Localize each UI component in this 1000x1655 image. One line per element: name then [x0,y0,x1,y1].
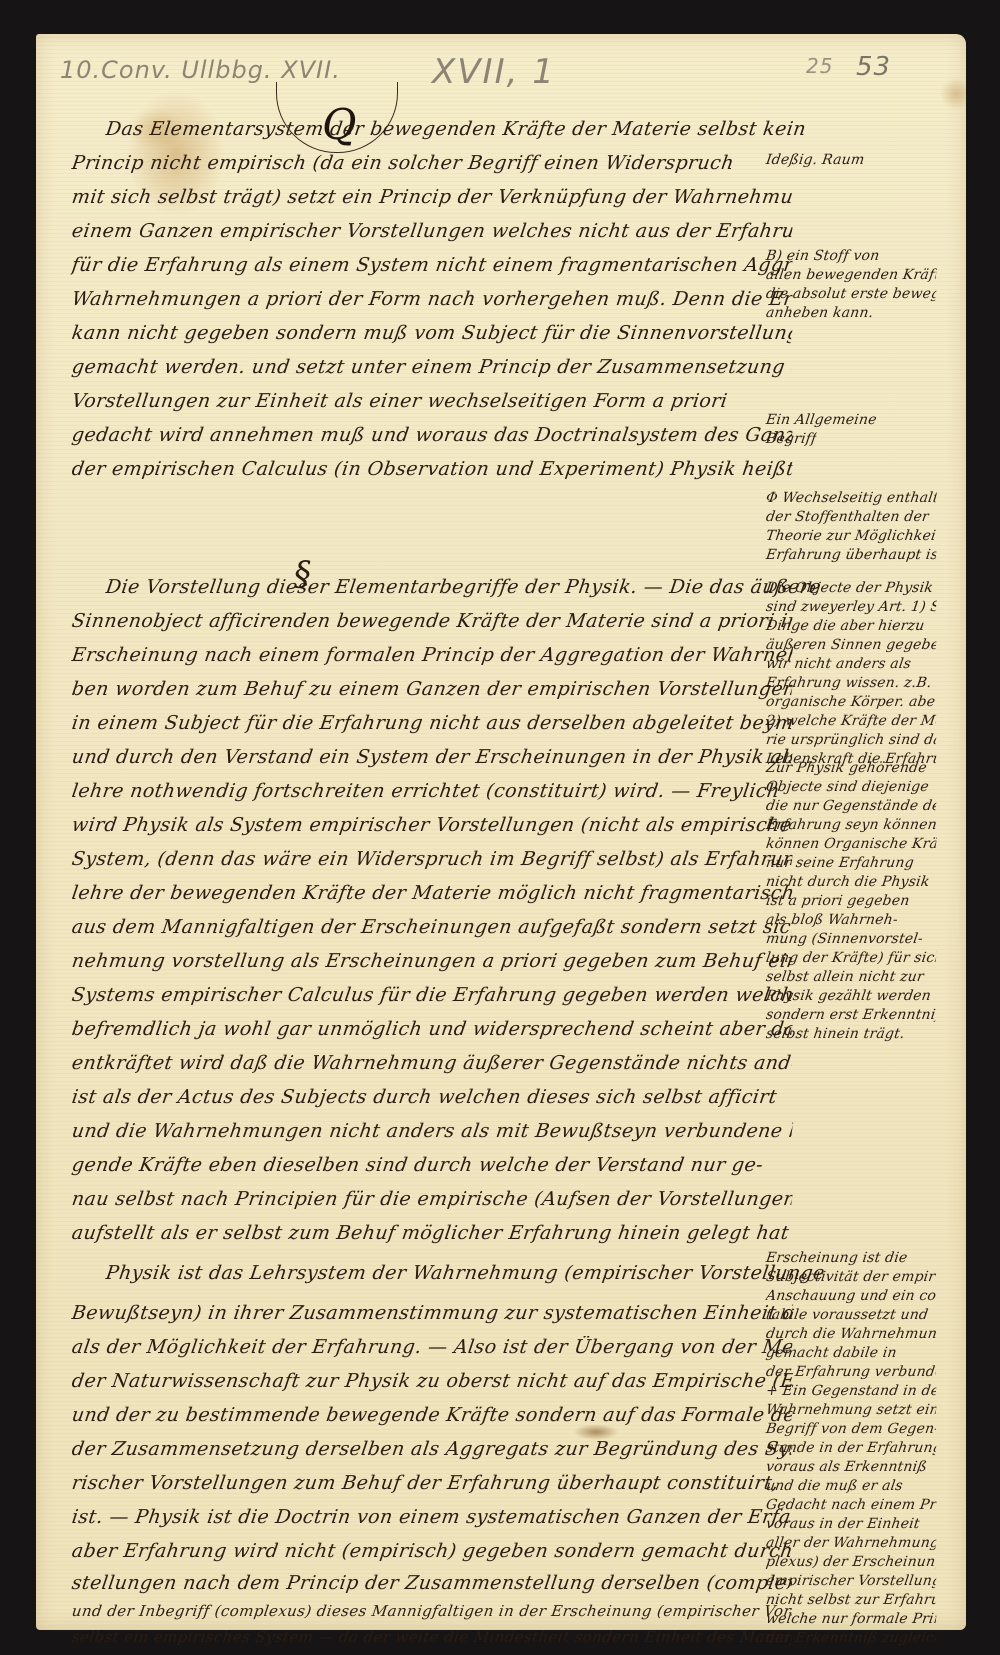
margin-note-line: als bloß Wahrneh- [765,912,899,928]
margin-note-line: Objecte sind diejenige [765,779,930,795]
margin-note-line: wir nicht anders als [765,656,912,672]
margin-note-line: mung (Sinnenvorstel- [765,931,924,947]
margin-note-line: selbst hinein trägt. [765,1026,906,1042]
margin-note-line: allen bewegenden Kräften [765,267,937,283]
margin-note-line: organische Körper. aber [765,694,937,710]
manuscript-line: Vorstellungen zur Einheit als einer wech… [70,390,728,412]
manuscript-line: gemacht werden. und setzt unter einem Pr… [70,356,793,378]
manuscript-line: als der Möglichkeit der Erfahrung. — Als… [70,1336,793,1358]
manuscript-line: kann nicht gegeben sondern muß vom Subje… [70,322,793,344]
manuscript-line: Princip nicht empirisch (da ein solcher … [70,152,735,174]
manuscript-line: aus dem Mannigfaltigen der Erscheinungen… [70,916,793,938]
margin-note-line: + Ein Gegenstand in der [765,1383,937,1399]
margin-note-line: 2) welche Kräfte der Mate- [765,713,937,729]
margin-note-line: aller der Wahrnehmung (com- [765,1535,937,1551]
manuscript-line: in einem Subject für die Erfahrung nicht… [70,712,793,734]
margin-note-line: Begriff von dem Gegen- [765,1421,937,1437]
margin-note-line: sondern erst Erkenntniß [765,1007,937,1023]
manuscript-line: stellungen nach dem Princip der Zusammen… [70,1572,793,1594]
manuscript-line: Das Elementarsystem der bewegenden Kräft… [104,118,807,140]
margin-note-line: Erfahrung überhaupt ist — Φ [765,547,937,563]
margin-note-line: welche nur formale Princip [765,1611,937,1627]
manuscript-line: ben worden zum Behuf zu einem Ganzen der… [70,678,793,700]
margin-note-line: Φ Wechselseitig enthalten [765,490,937,506]
margin-note-line: plexus) der Erscheinungen [765,1554,937,1570]
manuscript-line: rischer Vorstellungen zum Behuf der Erfa… [70,1472,780,1494]
margin-note-line: Wahrnehmung setzt einen [765,1402,937,1418]
manuscript-line: nehmung vorstellung als Erscheinungen a … [70,950,793,972]
margin-note-line: können Organische Kräfte [765,836,937,852]
manuscript-line: der empirischen Calculus (in Observation… [70,458,793,480]
manuscript-line: aufstellt als er selbst zum Behuf möglic… [70,1222,790,1244]
margin-note-line: nicht selbst zur Erfahrung [765,1592,937,1608]
folio-number-faint: 25 [806,54,833,78]
manuscript-line: gende Kräfte eben dieselben sind durch w… [70,1154,764,1176]
margin-note-line: Subjectivität der empirisch [765,1269,937,1285]
manuscript-line: lehre der bewegenden Kräfte der Materie … [70,882,793,904]
manuscript-line: Bewußtseyn) in ihrer Zusammenstimmung zu… [70,1302,793,1324]
manuscript-line: nau selbst nach Principien für die empir… [70,1188,793,1210]
margin-note-line: Gedacht nach einem Princip [765,1497,937,1513]
manuscript-line: ist als der Actus des Subjects durch wel… [70,1086,778,1108]
margin-note-line: die absolut erste bewegung [765,286,937,302]
margin-note-line: Ideßig. Raum [765,152,866,168]
margin-note-line: Physik gezählt werden [765,988,932,1004]
margin-note-line: Erfahrung seyn können. Also [765,817,937,833]
manuscript-line: Physik ist das Lehrsystem der Wahrnehmun… [104,1262,827,1284]
margin-note-line: selbst allein nicht zur [765,969,925,985]
margin-note-line: anheben kann. [765,305,875,321]
margin-note-line: Begriff [765,431,818,447]
archive-reference: 10.Conv. Ullbbg. XVII. [60,56,341,84]
margin-note-line: der Stoffenthalten der [765,509,930,525]
margin-note-line: B) ein Stoff von [765,248,881,264]
manuscript-page: 10.Conv. Ullbbg. XVII. XVII, 1 25 53 Q D… [36,34,966,1630]
margin-note-line: ist a priori gegeben [765,893,911,909]
margin-note-line: voraus in der Einheit [765,1516,921,1532]
folio-roman-numeral: XVII, 1 [432,52,556,92]
manuscript-line: und durch den Verstand ein System der Er… [70,746,793,768]
margin-note-line: sind zweyerley Art. 1) Solche [765,599,937,615]
manuscript-line: Wahrnehmungen a priori der Form nach vor… [70,288,793,310]
manuscript-line: System, (denn das wäre ein Widerspruch i… [70,848,793,870]
manuscript-line: lehre nothwendig fortschreiten errichtet… [70,780,781,802]
margin-note-line: der Erfahrung verbunden [765,1364,937,1380]
manuscript-line: gedacht wird annehmen muß und woraus das… [70,424,793,446]
margin-note-line: voraus als Erkenntniß [765,1459,928,1475]
manuscript-line: der Naturwissenschaft zur Physik zu ober… [70,1370,793,1392]
manuscript-line: und der Inbegriff (complexus) dieses Man… [71,1602,794,1620]
margin-note-line: der Erkenntniß zugleich ist. [765,1630,937,1646]
manuscript-line: und die Wahrnehmungen nicht anders als m… [70,1120,793,1142]
manuscript-line: selbst ein empirisches System — da der w… [71,1628,794,1646]
margin-note-line: Erscheinung ist die [765,1250,909,1266]
folio-number: 53 [856,52,891,82]
manuscript-line: entkräftet wird daß die Wahrnehmung äuße… [70,1052,793,1074]
margin-note-line: gemacht dabile in [765,1345,898,1361]
manuscript-line: für die Erfahrung als einem System nicht… [70,254,793,276]
manuscript-line: Erscheinung nach einem formalen Princip … [70,644,793,666]
margin-note-line: Ein Allgemeine [765,412,878,428]
margin-note-line: nur seine Erfahrung [765,855,915,871]
manuscript-line: Die Vorstellung dieser Elementarbegriffe… [104,576,822,598]
margin-note-line: Die Objecte der Physik [765,580,934,596]
margin-note-line: stande in der Erfahrung [765,1440,937,1456]
manuscript-line: wird Physik als System empirischer Vorst… [70,814,793,836]
manuscript-line: befremdlich ja wohl gar unmöglich und wi… [70,1018,793,1040]
margin-note-line: tabile voraussetzt und [765,1307,929,1323]
manuscript-line: und der zu bestimmende bewegende Kräfte … [70,1404,793,1426]
manuscript-line: einem Ganzen empirischer Vorstellungen w… [70,220,793,242]
margin-note-line: Zur Physik gehörende [765,760,928,776]
margin-note-line: nicht durch die Physik [765,874,931,890]
margin-note-line: empirischer Vorstellungen ist [765,1573,937,1589]
margin-note-line: lung der Kräfte) für sich [765,950,937,966]
manuscript-line: Sinnenobject afficirenden bewegende Kräf… [70,610,793,632]
manuscript-line: der Zusammensetzung derselben als Aggreg… [70,1438,793,1460]
margin-note-line: Erfahrung wissen. z.B. [765,675,933,691]
margin-note-line: äußeren Sinnen gegeben sind [765,637,937,653]
margin-note-line: durch die Wahrnehmung als ein Object [765,1326,937,1342]
margin-note-line: Theorie zur Möglichkeit der [765,528,937,544]
margin-note-line: Anschauung und ein cogi- [765,1288,937,1304]
margin-note-line: Dinge die aber hierzu [765,618,926,634]
manuscript-line: aber Erfahrung wird nicht (empirisch) ge… [70,1540,793,1562]
manuscript-line: mit sich selbst trägt) setzt ein Princip… [70,186,793,208]
manuscript-line: Systems empirischer Calculus für die Erf… [70,984,793,1006]
margin-note-line: die nur Gegenstände der [765,798,937,814]
margin-note-line: rie ursprünglich sind daher [765,732,937,748]
manuscript-line: ist. — Physik ist die Doctrin von einem … [70,1506,793,1528]
section-mark: § [294,554,311,594]
margin-note-line: und die muß er als [765,1478,904,1494]
